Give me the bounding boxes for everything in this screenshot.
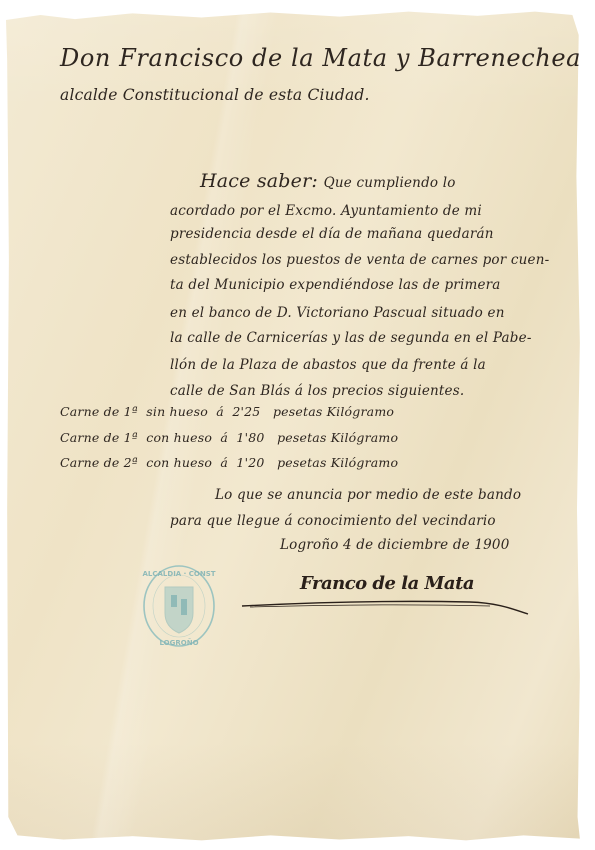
price-unit: pesetas Kilógramo: [273, 404, 394, 419]
price-row: Carne de 1ª sin hueso á 2'25 pesetas Kil…: [60, 404, 394, 419]
price-unit: pesetas Kilógramo: [277, 455, 398, 470]
body-line: ta del Municipio expendiéndose las de pr…: [170, 277, 501, 293]
body-line: calle de San Blás á los precios siguient…: [170, 383, 464, 399]
header-name: Don Francisco de la Mata y Barrenechea: [60, 44, 581, 72]
body-opening-line: Hace saber: Que cumpliendo lo: [200, 170, 456, 192]
price-type: con hueso: [146, 430, 212, 445]
municipal-stamp-icon: ALCALDIA · CONST LOGROÑO: [141, 563, 217, 649]
body-line: en el banco de D. Victoriano Pascual sit…: [170, 305, 505, 321]
header-title: alcalde Constitucional de esta Ciudad.: [60, 86, 370, 104]
closing-line: para que llegue á conocimiento del vecin…: [170, 513, 496, 529]
price-row: Carne de 2ª con hueso á 1'20 pesetas Kil…: [60, 455, 398, 470]
paper-fold-shading: [6, 10, 581, 842]
price-label: Carne de 2ª: [60, 455, 138, 470]
body-line: presidencia desde el día de mañana queda…: [170, 226, 494, 242]
body-line: establecidos los puestos de venta de car…: [170, 252, 549, 268]
price-prep: á: [220, 430, 228, 445]
paper-sheet: [6, 10, 581, 842]
body-line: Que cumpliendo lo: [324, 175, 456, 191]
price-value: 1'20: [236, 455, 264, 470]
body-line: acordado por el Excmo. Ayuntamiento de m…: [170, 203, 482, 219]
document-viewer: Don Francisco de la Mata y Barrenechea a…: [0, 0, 595, 850]
price-label: Carne de 1ª: [60, 430, 138, 445]
body-line: la calle de Carnicerías y las de segunda…: [170, 330, 532, 346]
price-prep: á: [220, 455, 228, 470]
price-unit: pesetas Kilógramo: [277, 430, 398, 445]
price-row: Carne de 1ª con hueso á 1'80 pesetas Kil…: [60, 430, 398, 445]
price-type: sin hueso: [146, 404, 208, 419]
opening-phrase: Hace saber:: [200, 170, 318, 192]
svg-text:LOGROÑO: LOGROÑO: [159, 638, 198, 647]
price-value: 1'80: [236, 430, 264, 445]
price-value: 2'25: [232, 404, 260, 419]
price-prep: á: [216, 404, 224, 419]
svg-text:ALCALDIA · CONST: ALCALDIA · CONST: [142, 570, 215, 578]
signature-flourish-icon: [240, 590, 530, 620]
body-line: llón de la Plaza de abastos que da frent…: [170, 357, 486, 373]
price-type: con hueso: [146, 455, 212, 470]
price-label: Carne de 1ª: [60, 404, 138, 419]
place-date: Logroño 4 de diciembre de 1900: [280, 537, 510, 553]
closing-line: Lo que se anuncia por medio de este band…: [215, 487, 521, 503]
